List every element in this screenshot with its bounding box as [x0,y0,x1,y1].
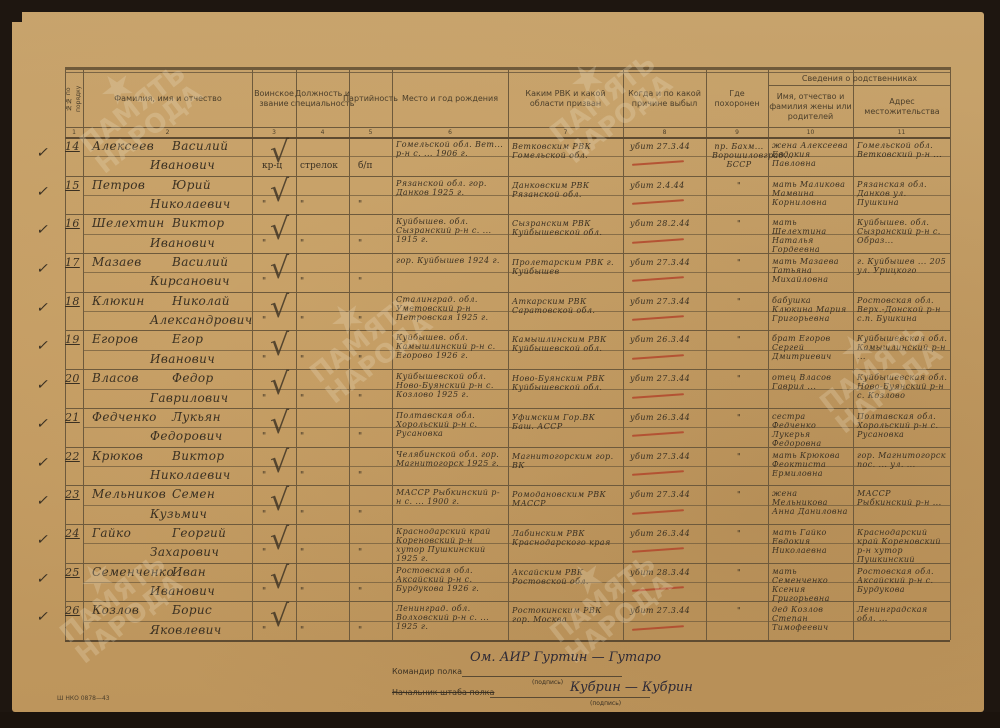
checkmark-icon: ✓ [36,493,48,509]
checkmark-icon: ✓ [36,532,48,548]
last-name: Шелехтин [92,216,165,230]
patronymic: Иванович [150,236,215,250]
rank: " [262,432,266,442]
patronymic: Яковлевич [150,623,222,637]
party: " [358,394,362,404]
relative: мать Крюкова Феоктиста Ермиловна [772,451,852,478]
header-col-1: №№ по порядку [65,74,83,124]
checkmark-icon: ✓ [36,455,48,471]
rvk: Уфимским Гор.ВК Баш. АССР [512,413,620,431]
party: " [358,277,362,287]
column-divider [349,67,350,640]
column-divider [623,67,624,640]
column-number: 5 [349,129,392,136]
fate: убит 26.3.44 [630,413,704,422]
burial: " [712,374,766,383]
fate: убит 27.3.44 [630,258,704,267]
fate: убит 2.4.44 [630,181,704,190]
party: " [358,200,362,210]
rvk: Лабинским РВК Краснодарского края [512,529,620,547]
column-number: 4 [296,129,349,136]
rank: " [262,510,266,520]
row-number: 19 [65,333,80,346]
address: Ленинградская обл. ... [857,605,949,623]
last-name: Власов [92,371,139,385]
verification-check-icon: √ [270,445,289,480]
birthplace: Куйбышев. обл. Сызранский р-н с. ... 191… [396,217,504,244]
rank: " [262,471,266,481]
rank: " [262,548,266,558]
party: " [358,432,362,442]
last-name: Клюкин [92,294,145,308]
row-number: 26 [65,604,80,617]
verification-check-icon: √ [270,599,289,634]
rvk: Камышлинским РВК Куйбышевской обл. [512,335,620,353]
header-rule [65,127,950,128]
party: " [358,471,362,481]
header-col-5: Партийность [350,74,391,124]
last-name: Петров [92,178,145,192]
row-number: 18 [65,295,80,308]
fate: убит 26.3.44 [630,529,704,538]
checkmark-icon: ✓ [36,571,48,587]
burial: " [712,568,766,577]
position: " [300,239,304,249]
column-number: 8 [623,129,706,136]
commander-label: Командир полка [392,667,462,676]
position: " [300,548,304,558]
first-name: Лукьян [172,410,221,424]
burial: " [712,606,766,615]
commander-sign-caption: (подпись) [532,679,563,686]
checkmark-icon: ✓ [36,261,48,277]
birthplace: Сталинград. обл. Уметовский р-н Петровск… [396,295,504,322]
fate: убит 27.3.44 [630,142,704,151]
row-divider [65,330,950,331]
rvk: Ромодановским РВК МАССР [512,490,620,508]
row-number: 22 [65,450,80,463]
header-col-6: Место и год рождения [393,74,507,124]
birthplace: Челябинской обл. гор. Магнитогорск 1925 … [396,450,504,468]
address: Куйбышевская обл. Ново-Буянский р-н с. К… [857,373,949,400]
header-col-10: Имя, отчество и фамилия жены или родител… [769,87,852,127]
birthplace: гор. Куйбышев 1924 г. [396,256,504,265]
rvk: Пролетарским РВК г. Куйбышев [512,258,620,276]
first-name: Николай [172,294,230,308]
print-code: Ш НКО 0878—43 [57,695,110,702]
fate: убит 27.3.44 [630,452,704,461]
birthplace: Краснодарский край Кореновский р-н хутор… [396,527,504,563]
table-bottom-rule [65,640,950,642]
verification-check-icon: √ [270,561,289,596]
patronymic: Иванович [150,352,215,366]
checkmark-icon: ✓ [36,184,48,200]
relative: мать Семенченко Ксения Григорьевна [772,567,852,603]
verification-check-icon: √ [270,290,289,325]
row-divider [65,214,950,215]
position: " [300,626,304,636]
row-number: 16 [65,217,80,230]
row-divider [65,369,950,370]
verification-check-icon: √ [270,212,289,247]
position: " [300,355,304,365]
birthplace: Куйбышевской обл. Ново-Буянский р-н с. К… [396,372,504,399]
position: " [300,471,304,481]
burial: " [712,219,766,228]
burial: " [712,452,766,461]
rank: " [262,355,266,365]
party: " [358,587,362,597]
birthplace: Ростовская обл. Аксайский р-н с. Бурдуко… [396,566,504,593]
row-divider [65,563,950,564]
first-name: Иван [172,565,206,579]
checkmark-icon: ✓ [36,145,48,161]
party: " [358,355,362,365]
first-name: Егор [172,332,203,346]
burial: " [712,258,766,267]
verification-check-icon: √ [270,174,289,209]
row-divider [65,176,950,177]
checkmark-icon: ✓ [36,609,48,625]
address: Краснодарский край Кореновский р-н хутор… [857,528,949,564]
rvk: Ново-Буянским РВК Куйбышевской обл. [512,374,620,392]
fate: убит 27.3.44 [630,374,704,383]
patronymic: Гаврилович [150,391,229,405]
checkmark-icon: ✓ [36,377,48,393]
relative: отец Власов Гаврил ... [772,373,852,391]
column-divider [83,67,84,640]
burial: пр. Бахм... Ворошиловград... БССР [712,142,766,169]
rank: " [262,239,266,249]
row-number: 25 [65,566,80,579]
party: б/п [358,161,372,171]
fate: убит 28.3.44 [630,568,704,577]
address: Рязанская обл. Данков ул. Пушкина [857,180,949,207]
fate: убит 26.3.44 [630,335,704,344]
last-name: Гайко [92,526,131,540]
patronymic: Иванович [150,584,215,598]
relative: жена Мельникова Анна Даниловна [772,489,852,516]
rank: " [262,200,266,210]
address: МАССР Рыбкинский р-н ... [857,489,949,507]
relative: бабушка Клюкина Мария Григорьевна [772,296,852,323]
column-divider [706,67,707,640]
column-divider [252,67,253,640]
position: " [300,200,304,210]
column-divider [392,67,393,640]
party: " [358,239,362,249]
checkmark-icon: ✓ [36,416,48,432]
row-number: 15 [65,179,80,192]
checkmark-icon: ✓ [36,338,48,354]
fate: убит 27.3.44 [630,297,704,306]
relative: дед Козлов Степан Тимофеевич [772,605,852,632]
birthplace: Гомельской обл. Вет... р-н с. ... 1906 г… [396,140,504,158]
first-name: Василий [172,139,228,153]
header-col-3: Воинское звание [253,74,295,124]
verification-check-icon: √ [270,406,289,441]
column-number: 6 [392,129,508,136]
relative: брат Егоров Сергей Дмитриевич [772,334,852,361]
address: Ростовская обл. Верх.-Донской р-н с.п. Б… [857,296,949,323]
column-divider [508,67,509,640]
verification-check-icon: √ [270,328,289,363]
last-name: Крюков [92,449,143,463]
rank: " [262,587,266,597]
party: " [358,316,362,326]
birthplace: Рязанской обл. гор. Данков 1925 г. [396,179,504,197]
last-name: Козлов [92,603,139,617]
address: Ростовская обл. Аксайский р-н с. Бурдуко… [857,567,949,594]
patronymic: Кирсанович [150,274,230,288]
verification-check-icon: √ [270,251,289,286]
first-name: Виктор [172,216,224,230]
position: " [300,587,304,597]
last-name: Мазаев [92,255,142,269]
last-name: Семенченко [92,565,174,579]
address: Куйбышев. обл. Сызранский р-н с. Образ..… [857,218,949,245]
last-name: Федченко [92,410,157,424]
column-number: 1 [65,129,83,136]
row-number: 24 [65,527,80,540]
row-number: 17 [65,256,80,269]
header-col-9: Где похоронен [707,74,767,124]
birthplace: Куйбышев. обл. Камышлинский р-н с. Егоро… [396,333,504,360]
chief-signature-line [490,697,650,698]
header-col-2: Фамилия, имя и отчество [84,74,252,124]
verification-check-icon: √ [270,522,289,557]
header-col-8: Когда и по какой причине выбыл [624,74,705,124]
relative: мать Шелехтина Наталья Гордеевна [772,218,852,254]
first-name: Георгий [172,526,226,540]
row-divider [65,485,950,486]
relative: жена Алексеева Евдокия Павловна [772,141,852,168]
burial: " [712,413,766,422]
address: Полтавская обл. Хорольский р-н с. Русано… [857,412,949,439]
last-name: Мельников [92,487,166,501]
patronymic: Иванович [150,158,215,172]
chief-signature: Кубрин — Кубрин [570,680,693,695]
relative: мать Мазаева Татьяна Михайловна [772,257,852,284]
row-divider [65,408,950,409]
party: " [358,626,362,636]
column-number: 9 [706,129,768,136]
relative: мать Маликова Мамвина Корниловна [772,180,852,207]
rank: " [262,626,266,636]
column-divider [950,67,951,640]
header-group-rule [768,85,950,86]
row-divider [65,292,950,293]
chief-of-staff-label: Начальник штаба полка [392,688,494,697]
last-name: Егоров [92,332,138,346]
commander-signature: Ом. АИР Гуртин — Гутаро [470,650,661,665]
address: Куйбышевская обл. Камышлинский р-н ... [857,334,949,361]
column-number: 10 [768,129,853,136]
column-divider [853,67,854,640]
party: " [358,510,362,520]
position: " [300,432,304,442]
row-number: 14 [65,140,80,153]
checkmark-icon: ✓ [36,300,48,316]
rvk: Данковским РВК Рязанской обл. [512,181,620,199]
commander-signature-line [462,676,622,677]
address: Гомельской обл. Ветковский р-н ... [857,141,949,159]
rvk: Магнитогорским гор. ВК [512,452,620,470]
birthplace: Полтавская обл. Хорольский р-н с. Русано… [396,411,504,438]
scan-border [0,712,1000,728]
header-col-11: Адрес местожительства [854,87,950,127]
burial: " [712,297,766,306]
burial: " [712,335,766,344]
column-number: 2 [83,129,252,136]
patronymic: Николаевич [150,468,231,482]
row-number: 21 [65,411,80,424]
patronymic: Кузьмич [150,507,207,521]
relative: мать Гайко Евдокия Николаевна [772,528,852,555]
birthplace: Ленинград. обл. Волховский р-н с. ... 19… [396,604,504,631]
header-col-4: Должность и специальность [297,74,348,124]
header-col-7: Каким РВК и какой области призван [509,74,622,124]
rvk: Аткарским РВК Саратовской обл. [512,297,620,315]
position: " [300,394,304,404]
row-number: 23 [65,488,80,501]
rvk: Ветковским РВК Гомельской обл. [512,142,620,160]
position: " [300,277,304,287]
rvk: Аксайским РВК Ростовской обл. [512,568,620,586]
column-divider [296,67,297,640]
fate: убит 27.3.44 [630,606,704,615]
first-name: Федор [172,371,214,385]
column-number: 11 [853,129,950,136]
patronymic: Захарович [150,545,219,559]
first-name: Борис [172,603,212,617]
column-number: 7 [508,129,623,136]
first-name: Юрий [172,178,211,192]
first-name: Василий [172,255,228,269]
rank: " [262,394,266,404]
patronymic: Николаевич [150,197,231,211]
verification-check-icon: √ [270,483,289,518]
sheet-corner [12,12,22,22]
party: " [358,548,362,558]
row-divider [65,524,950,525]
patronymic: Александрович [150,313,253,327]
patronymic: Федорович [150,429,223,443]
address: гор. Магнитогорск пос. ... ул. ... [857,451,949,469]
header-relatives-group: Сведения о родственниках [769,73,950,85]
rvk: Ростокинским РВК гор. Москва [512,606,620,624]
first-name: Виктор [172,449,224,463]
rank: " [262,277,266,287]
row-number: 20 [65,372,80,385]
address: г. Куйбышев ... 205 ул. Урицкого [857,257,949,275]
position: " [300,316,304,326]
rank: " [262,316,266,326]
first-name: Семен [172,487,215,501]
burial: " [712,181,766,190]
birthplace: МАССР Рыбкинский р-н с. ... 1900 г. [396,488,504,506]
last-name: Алексеев [92,139,154,153]
burial: " [712,490,766,499]
verification-check-icon: √ [270,367,289,402]
checkmark-icon: ✓ [36,222,48,238]
rvk: Сызранским РВК Куйбышевской обл. [512,219,620,237]
burial: " [712,529,766,538]
position: стрелок [300,161,338,171]
verification-check-icon: √ [270,135,289,170]
fate: убит 28.2.44 [630,219,704,228]
relative: сестра Федченко Лукерья Федоровна [772,412,852,448]
fate: убит 27.3.44 [630,490,704,499]
position: " [300,510,304,520]
chief-sign-caption: (подпись) [590,700,621,707]
